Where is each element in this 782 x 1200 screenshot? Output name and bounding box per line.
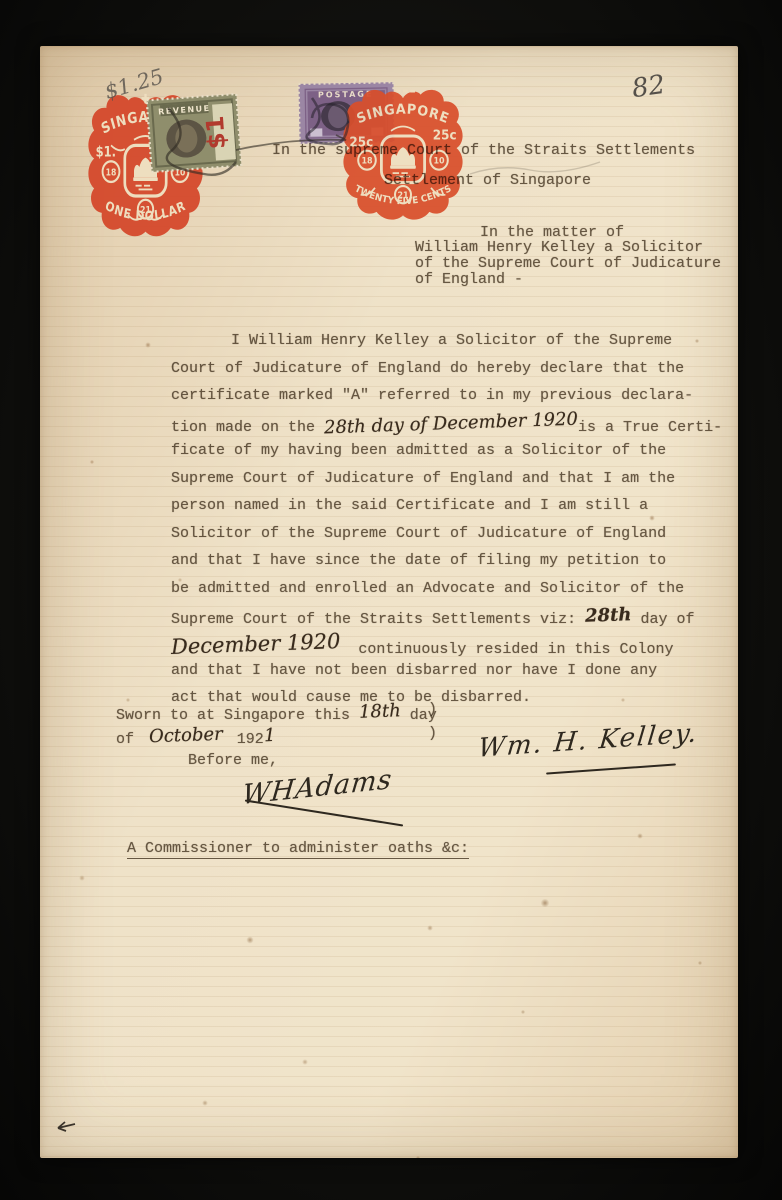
handwritten-month: October — [149, 724, 223, 748]
bottom-left-ink-mark — [56, 1120, 78, 1134]
page-number-pencil: 82 — [630, 70, 667, 104]
cancel-scribble-green-stamp — [167, 108, 236, 175]
declaration-line: Supreme Court of the Straits Settlements… — [171, 607, 695, 628]
cancellation-marks — [40, 46, 738, 446]
declaration-line: Supreme Court of Judicature of England a… — [171, 470, 675, 487]
handwritten-day-number: 18th — [359, 700, 401, 722]
before-me-label: Before me, — [188, 752, 278, 769]
jurat-line1: Sworn to at Singapore this 18th day — [116, 703, 437, 724]
typed-segment: Supreme Court of the Straits Settlements… — [171, 611, 585, 628]
declaration-line: be admitted and enrolled an Advocate and… — [171, 580, 684, 597]
declaration-line: December 1920 continuously resided in th… — [171, 634, 673, 658]
commissioner-title-line: A Commissioner to administer oaths &c: — [127, 840, 469, 857]
declaration-line: Solicitor of the Supreme Court of Judica… — [171, 525, 666, 542]
faint-pencil-scrawl — [470, 162, 600, 174]
document-paper: SINGAPORE $1. $1. 18 10 21 ONE DOLLAR — [40, 46, 738, 1158]
declaration-line: and that I have since the date of filing… — [171, 552, 666, 569]
commissioner-title-text: A Commissioner to administer oaths &c: — [127, 840, 469, 859]
handwritten-day: 28th — [585, 604, 632, 627]
jurat-line2: of October1921 — [116, 727, 275, 748]
typed-segment: of — [116, 731, 143, 748]
jurat-bracket-top: ) — [428, 701, 437, 718]
handwritten-year-digit: 1 — [263, 725, 275, 746]
declaration-line: person named in the said Certificate and… — [171, 497, 648, 514]
typed-segment: continuously resided in this Colony — [340, 641, 673, 658]
declaration-line: and that I have not been disbarred nor h… — [171, 662, 657, 679]
typed-segment: day of — [632, 611, 695, 628]
typed-segment: Sworn to at Singapore this — [116, 707, 359, 724]
typed-segment: 192 — [237, 731, 264, 748]
handwritten-month-year: December 1920 — [171, 629, 341, 659]
jurat-bracket-bottom: ) — [428, 725, 437, 742]
cancel-stroke-long — [236, 135, 346, 150]
